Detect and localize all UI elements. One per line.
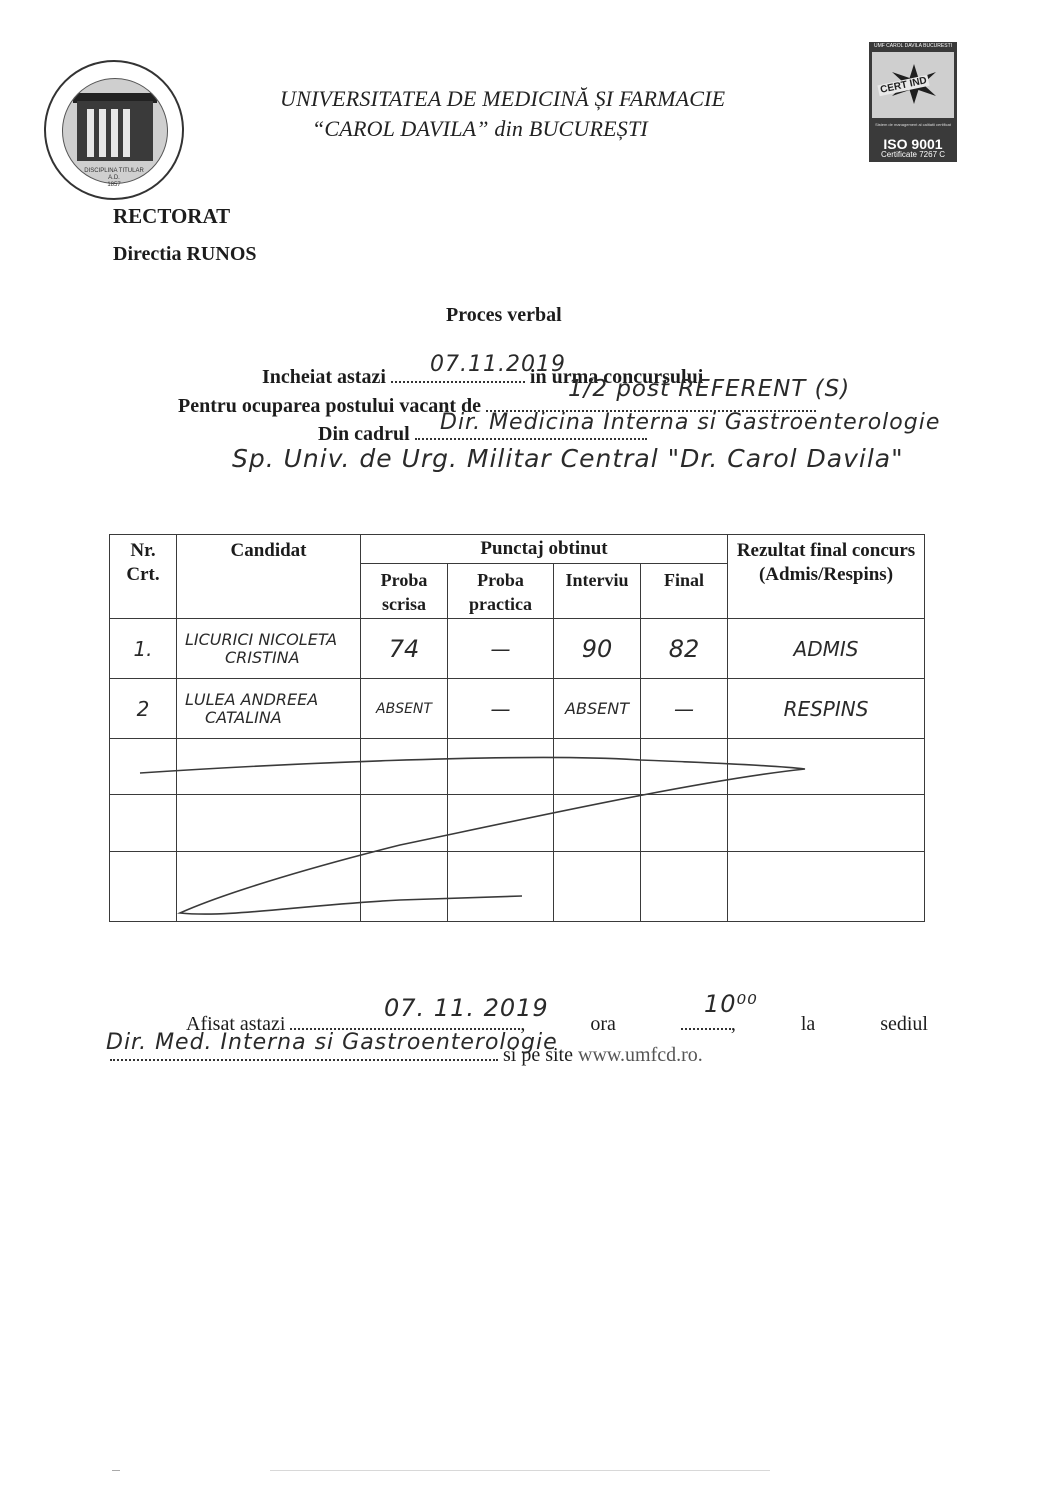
cell-final: 82 bbox=[641, 619, 728, 679]
results-table: Nr. Crt. Candidat Punctaj obtinut Rezult… bbox=[109, 534, 925, 922]
seal-caption-1: DISCIPLINA TITULAR bbox=[46, 168, 182, 175]
incheiat-label: Incheiat astazi bbox=[262, 366, 386, 388]
rectorat-heading: RECTORAT bbox=[113, 204, 230, 229]
cell-rezultat: RESPINS bbox=[728, 679, 925, 739]
cell-interviu: ABSENT bbox=[554, 679, 641, 739]
cell-nr: 2 bbox=[110, 679, 177, 739]
site-url: www.umfcd.ro. bbox=[578, 1044, 703, 1066]
ora-label: ora bbox=[590, 1013, 616, 1036]
cell-proba-practica: — bbox=[448, 679, 554, 739]
incheiat-date-value: 07.11.2019 bbox=[430, 352, 566, 377]
cell-final: — bbox=[641, 679, 728, 739]
header-rezultat: Rezultat final concurs (Admis/Respins) bbox=[728, 535, 925, 619]
cell-interviu: 90 bbox=[554, 619, 641, 679]
university-name-line1: UNIVERSITATEA DE MEDICINĂ ȘI FARMACIE bbox=[280, 84, 725, 114]
header-nr-crt: Nr. Crt. bbox=[110, 535, 177, 619]
iso-certificate-number: Certificate 7267 C bbox=[869, 150, 957, 160]
post-value: 1/2 post REFERENT (S) bbox=[568, 376, 850, 402]
university-seal-logo: DISCIPLINA TITULAR A.D. 1857 bbox=[44, 60, 184, 200]
la-label: la bbox=[801, 1013, 815, 1036]
header-final: Final bbox=[641, 564, 728, 619]
cell-candidat: LICURICI NICOLETA CRISTINA bbox=[177, 619, 361, 679]
document-title: Proces verbal bbox=[446, 304, 562, 327]
header-proba-scrisa: Proba scrisa bbox=[361, 564, 448, 619]
iso-top-text: UMF CAROL DAVILA BUCURESTI bbox=[869, 42, 957, 50]
table-header-row: Nr. Crt. Candidat Punctaj obtinut Rezult… bbox=[110, 535, 925, 564]
afisat-date-value: 07. 11. 2019 bbox=[384, 994, 549, 1022]
iso-certification-badge: UMF CAROL DAVILA BUCURESTI CERT IND Sist… bbox=[869, 42, 957, 162]
table-row: 1. LICURICI NICOLETA CRISTINA 74 — 90 82… bbox=[110, 619, 925, 679]
cadru-label: Din cadrul bbox=[318, 423, 410, 445]
ora-value: 10⁰⁰ bbox=[704, 990, 758, 1018]
header-candidat: Candidat bbox=[177, 535, 361, 619]
cell-rezultat: ADMIS bbox=[728, 619, 925, 679]
post-label: Pentru ocuparea postului vacant de bbox=[178, 395, 481, 417]
table-row-empty bbox=[110, 852, 925, 922]
university-name-line2: “CAROL DAVILA” din BUCUREȘTI bbox=[280, 114, 725, 144]
cell-nr: 1. bbox=[110, 619, 177, 679]
table-row-empty bbox=[110, 739, 925, 795]
iso-standard: ISO 9001 bbox=[869, 137, 957, 151]
cell-proba-scrisa: 74 bbox=[361, 619, 448, 679]
cadru-value-line1: Dir. Medicina Interna si Gastroenterolog… bbox=[440, 410, 940, 435]
cadru-value-line2: Sp. Univ. de Urg. Militar Central "Dr. C… bbox=[232, 444, 904, 473]
cell-candidat: LULEA ANDREEA CATALINA bbox=[177, 679, 361, 739]
table-row: 2 LULEA ANDREEA CATALINA ABSENT — ABSENT… bbox=[110, 679, 925, 739]
certind-logo: CERT IND bbox=[872, 52, 954, 118]
header-proba-practica: Proba practica bbox=[448, 564, 554, 619]
footer-line bbox=[270, 1470, 770, 1471]
seal-caption-3: 1857 bbox=[46, 182, 182, 189]
header-interviu: Interviu bbox=[554, 564, 641, 619]
header-punctaj: Punctaj obtinut bbox=[361, 535, 728, 564]
seal-caption-2: A.D. bbox=[46, 175, 182, 182]
table-row-empty bbox=[110, 795, 925, 852]
cell-proba-practica: — bbox=[448, 619, 554, 679]
sediul-label: sediul bbox=[880, 1013, 928, 1036]
sediul-value: Dir. Med. Interna si Gastroenterologie bbox=[106, 1030, 558, 1055]
iso-sub-text: Sistem de management al calitatii certif… bbox=[869, 122, 957, 128]
directia-heading: Directia RUNOS bbox=[113, 243, 257, 266]
footer-mark bbox=[112, 1470, 120, 1471]
university-name: UNIVERSITATEA DE MEDICINĂ ȘI FARMACIE “C… bbox=[280, 84, 725, 144]
cell-proba-scrisa: ABSENT bbox=[361, 679, 448, 739]
